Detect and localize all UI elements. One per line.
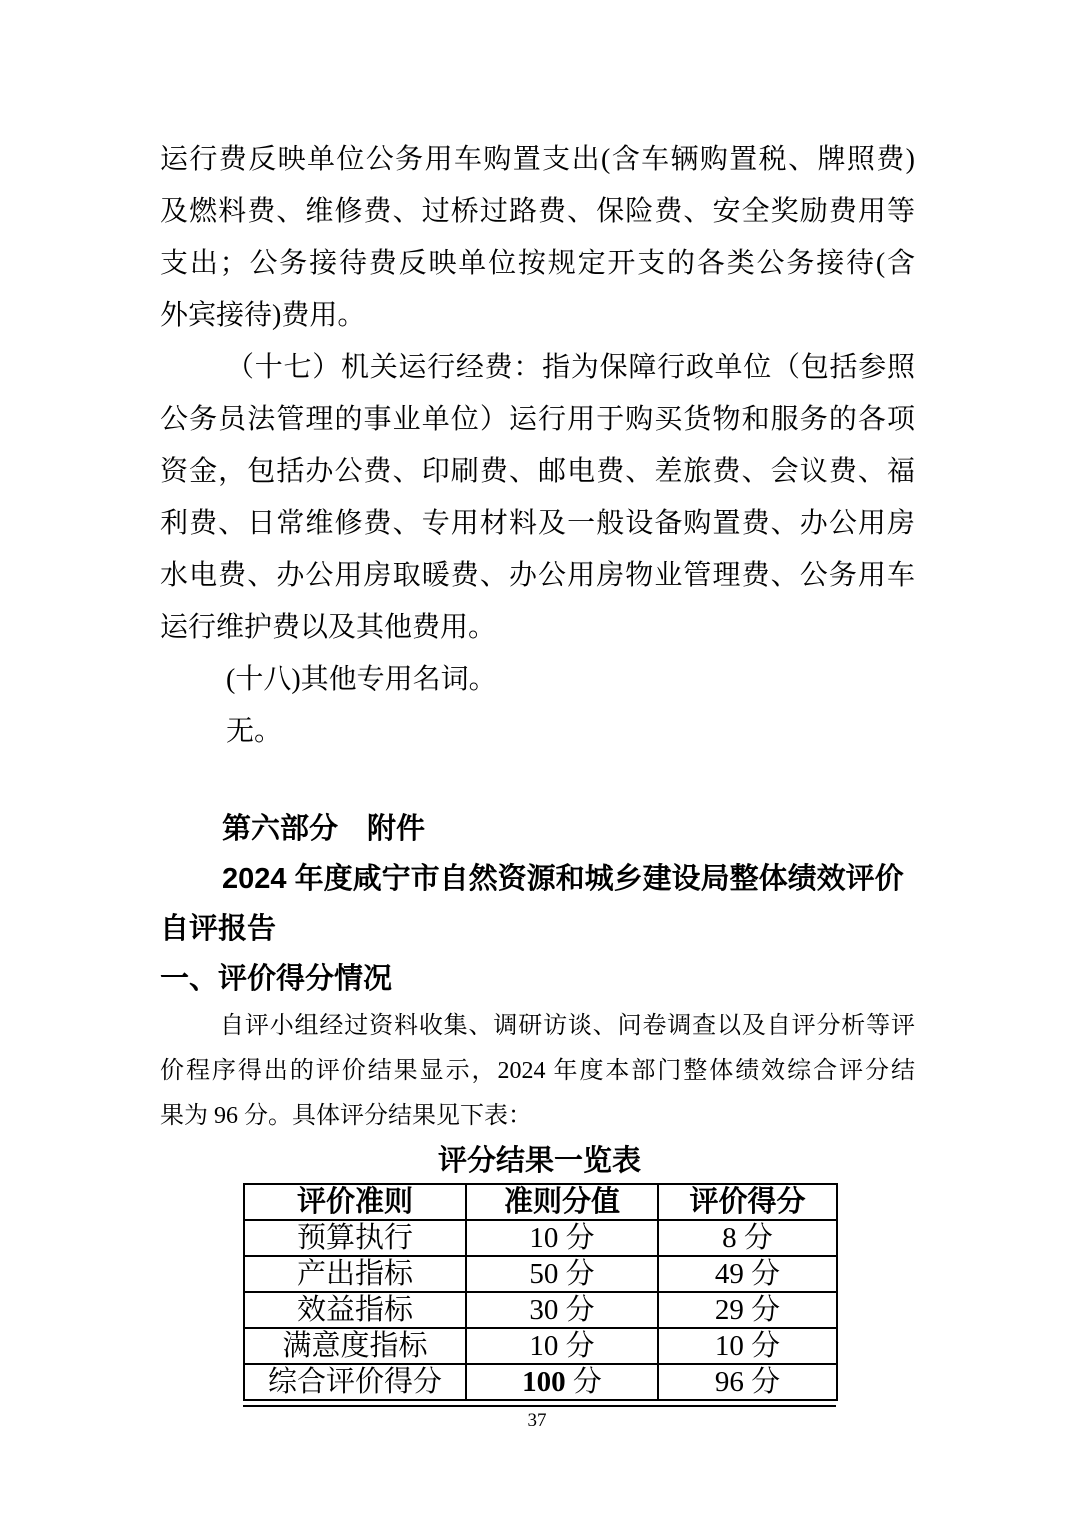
score-cell: 10 分 <box>658 1328 837 1364</box>
criterion-cell: 预算执行 <box>244 1220 466 1256</box>
max-cell: 10 分 <box>466 1220 658 1256</box>
table-row-benefit-indicator: 效益指标 30 分 29 分 <box>244 1292 837 1328</box>
paragraph-line: 果为 96 分。具体评分结果见下表： <box>160 1094 915 1139</box>
page-number: 37 <box>0 1410 1074 1432</box>
paragraph-line: 无。 <box>160 706 915 758</box>
paragraph-line: 外宾接待)费用。 <box>160 290 915 342</box>
max-cell: 50 分 <box>466 1256 658 1292</box>
paragraph-line: 价程序得出的评价结果显示，2024 年度本部门整体绩效综合评分结 <box>160 1049 915 1094</box>
table-row-output-indicator: 产出指标 50 分 49 分 <box>244 1256 837 1292</box>
document-page: 运行费反映单位公务用车购置支出(含车辆购置税、牌照费) 及燃料费、维修费、过桥过… <box>0 0 1074 1520</box>
table-row-budget-execution: 预算执行 10 分 8 分 <box>244 1220 837 1256</box>
table-row-satisfaction-indicator: 满意度指标 10 分 10 分 <box>244 1328 837 1364</box>
paragraph-line: (十八)其他专用名词。 <box>160 654 915 706</box>
page-body: 运行费反映单位公务用车购置支出(含车辆购置税、牌照费) 及燃料费、维修费、过桥过… <box>160 0 915 1407</box>
score-table-header-criterion: 评价准则 <box>244 1184 466 1220</box>
paragraph-line: 运行维护费以及其他费用。 <box>160 602 915 654</box>
paragraph-line: （十七）机关运行经费：指为保障行政单位（包括参照 <box>160 342 915 394</box>
max-cell: 30 分 <box>466 1292 658 1328</box>
report-title-line1: 2024 年度咸宁市自然资源和城乡建设局整体绩效评价 <box>160 854 915 904</box>
score-cell: 49 分 <box>658 1256 837 1292</box>
score-table-header-score: 评价得分 <box>658 1184 837 1220</box>
score-cell: 96 分 <box>658 1364 837 1400</box>
headings-block: 第六部分 附件 2024 年度咸宁市自然资源和城乡建设局整体绩效评价 自评报告 … <box>160 804 915 1004</box>
paragraph-line: 公务员法管理的事业单位）运行用于购买货物和服务的各项 <box>160 394 915 446</box>
paragraph-line: 支出；公务接待费反映单位按规定开支的各类公务接待(含 <box>160 238 915 290</box>
score-table-title: 评分结果一览表 <box>243 1145 836 1177</box>
paragraph-other-terms: (十八)其他专用名词。 <box>160 654 915 706</box>
paragraph-line: 利费、日常维修费、专用材料及一般设备购置费、办公用房 <box>160 498 915 550</box>
paragraph-line: 及燃料费、维修费、过桥过路费、保险费、安全奖励费用等 <box>160 186 915 238</box>
criterion-cell: 产出指标 <box>244 1256 466 1292</box>
table-bottom-rule <box>243 1405 836 1407</box>
paragraph-line: 运行费反映单位公务用车购置支出(含车辆购置税、牌照费) <box>160 134 915 186</box>
max-cell: 100 分 <box>466 1364 658 1400</box>
criterion-cell: 综合评价得分 <box>244 1364 466 1400</box>
score-table-header-row: 评价准则 准则分值 评价得分 <box>244 1184 837 1220</box>
section-one-heading: 一、评价得分情况 <box>160 954 915 1004</box>
criterion-cell: 效益指标 <box>244 1292 466 1328</box>
report-title-line2: 自评报告 <box>160 904 915 954</box>
score-cell: 8 分 <box>658 1220 837 1256</box>
max-value-bold: 100 <box>522 1366 566 1398</box>
paragraph-agency-operating-funds: （十七）机关运行经费：指为保障行政单位（包括参照 公务员法管理的事业单位）运行用… <box>160 342 915 654</box>
score-table: 评价准则 准则分值 评价得分 预算执行 10 分 8 分 产出指标 50 分 4… <box>243 1183 838 1401</box>
part-six-heading: 第六部分 附件 <box>160 804 915 854</box>
max-cell: 10 分 <box>466 1328 658 1364</box>
paragraph-operating-fee: 运行费反映单位公务用车购置支出(含车辆购置税、牌照费) 及燃料费、维修费、过桥过… <box>160 0 915 342</box>
criterion-cell: 满意度指标 <box>244 1328 466 1364</box>
max-unit: 分 <box>566 1366 602 1398</box>
paragraph-line: 水电费、办公用房取暖费、办公用房物业管理费、公务用车 <box>160 550 915 602</box>
score-table-header-max: 准则分值 <box>466 1184 658 1220</box>
paragraph-line: 自评小组经过资料收集、调研访谈、问卷调查以及自评分析等评 <box>160 1004 915 1049</box>
table-row-comprehensive-score: 综合评价得分 100 分 96 分 <box>244 1364 837 1400</box>
paragraph-self-evaluation-intro: 自评小组经过资料收集、调研访谈、问卷调查以及自评分析等评 价程序得出的评价结果显… <box>160 1004 915 1139</box>
paragraph-none: 无。 <box>160 706 915 758</box>
paragraph-line: 资金，包括办公费、印刷费、邮电费、差旅费、会议费、福 <box>160 446 915 498</box>
score-cell: 29 分 <box>658 1292 837 1328</box>
